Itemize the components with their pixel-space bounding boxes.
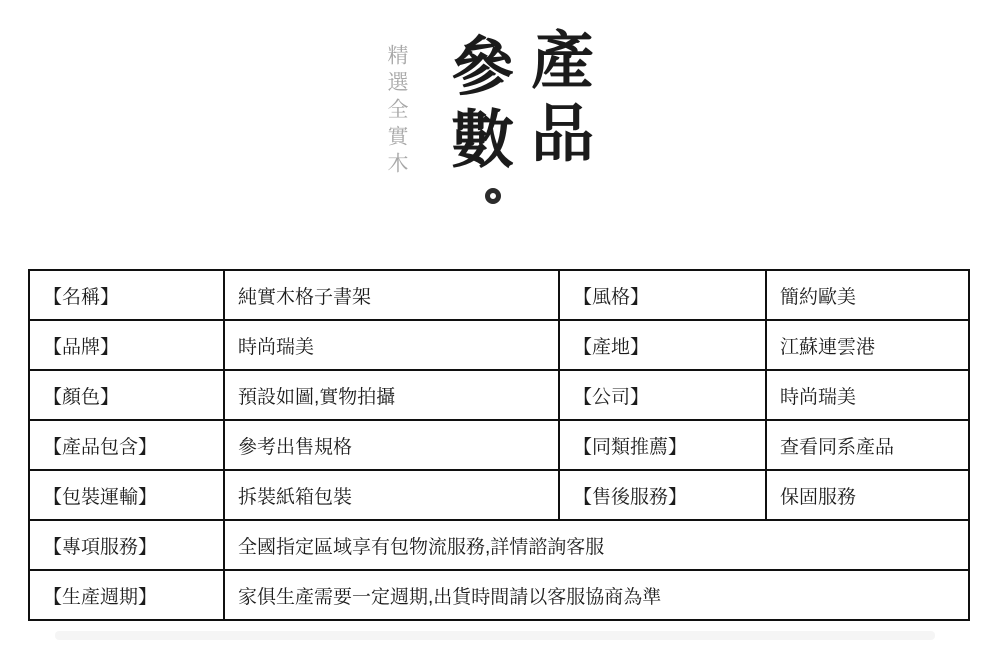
spec-value: 江蘇連雲港 [766,320,969,370]
tagline-vertical: 精選全實木 [381,44,411,179]
spec-label: 【售後服務】 [559,470,766,520]
table-row: 【產品包含】 參考出售規格 【同類推薦】 查看同系產品 [29,420,969,470]
spec-label: 【名稱】 [29,270,224,320]
spec-value: 拆裝紙箱包裝 [224,470,559,520]
spec-label: 【風格】 [559,270,766,320]
spec-value: 參考出售規格 [224,420,559,470]
product-parameters-page: 精選全實木 參數 產品 【名稱】 純實木格子書架 【風格】 簡約歐美 【品牌】 … [0,0,998,658]
ideographic-period-icon [485,188,501,204]
spec-value: 家俱生產需要一定週期,出貨時間請以客服協商為準 [224,570,969,620]
table-row: 【專項服務】 全國指定區域享有包物流服務,詳情諮詢客服 [29,520,969,570]
spec-label: 【生產週期】 [29,570,224,620]
spec-value: 時尚瑞美 [224,320,559,370]
spec-label: 【品牌】 [29,320,224,370]
table-row: 【顏色】 預設如圖,實物拍攝 【公司】 時尚瑞美 [29,370,969,420]
spec-label: 【產品包含】 [29,420,224,470]
table-row: 【品牌】 時尚瑞美 【產地】 江蘇連雲港 [29,320,969,370]
table-row: 【生產週期】 家俱生產需要一定週期,出貨時間請以客服協商為準 [29,570,969,620]
spec-label: 【專項服務】 [29,520,224,570]
spec-value: 純實木格子書架 [224,270,559,320]
spec-label: 【包裝運輸】 [29,470,224,520]
spec-value: 保固服務 [766,470,969,520]
title-column-params: 參數 [444,33,510,179]
title-column-product: 產品 [524,27,590,173]
table-row: 【包裝運輸】 拆裝紙箱包裝 【售後服務】 保固服務 [29,470,969,520]
spec-label: 【同類推薦】 [559,420,766,470]
table-row: 【名稱】 純實木格子書架 【風格】 簡約歐美 [29,270,969,320]
spec-value: 全國指定區域享有包物流服務,詳情諮詢客服 [224,520,969,570]
table-shadow-divider [55,631,935,640]
spec-value: 查看同系產品 [766,420,969,470]
spec-value: 預設如圖,實物拍攝 [224,370,559,420]
spec-value: 時尚瑞美 [766,370,969,420]
spec-label: 【公司】 [559,370,766,420]
spec-value: 簡約歐美 [766,270,969,320]
spec-label: 【產地】 [559,320,766,370]
spec-label: 【顏色】 [29,370,224,420]
product-spec-table: 【名稱】 純實木格子書架 【風格】 簡約歐美 【品牌】 時尚瑞美 【產地】 江蘇… [28,269,970,621]
